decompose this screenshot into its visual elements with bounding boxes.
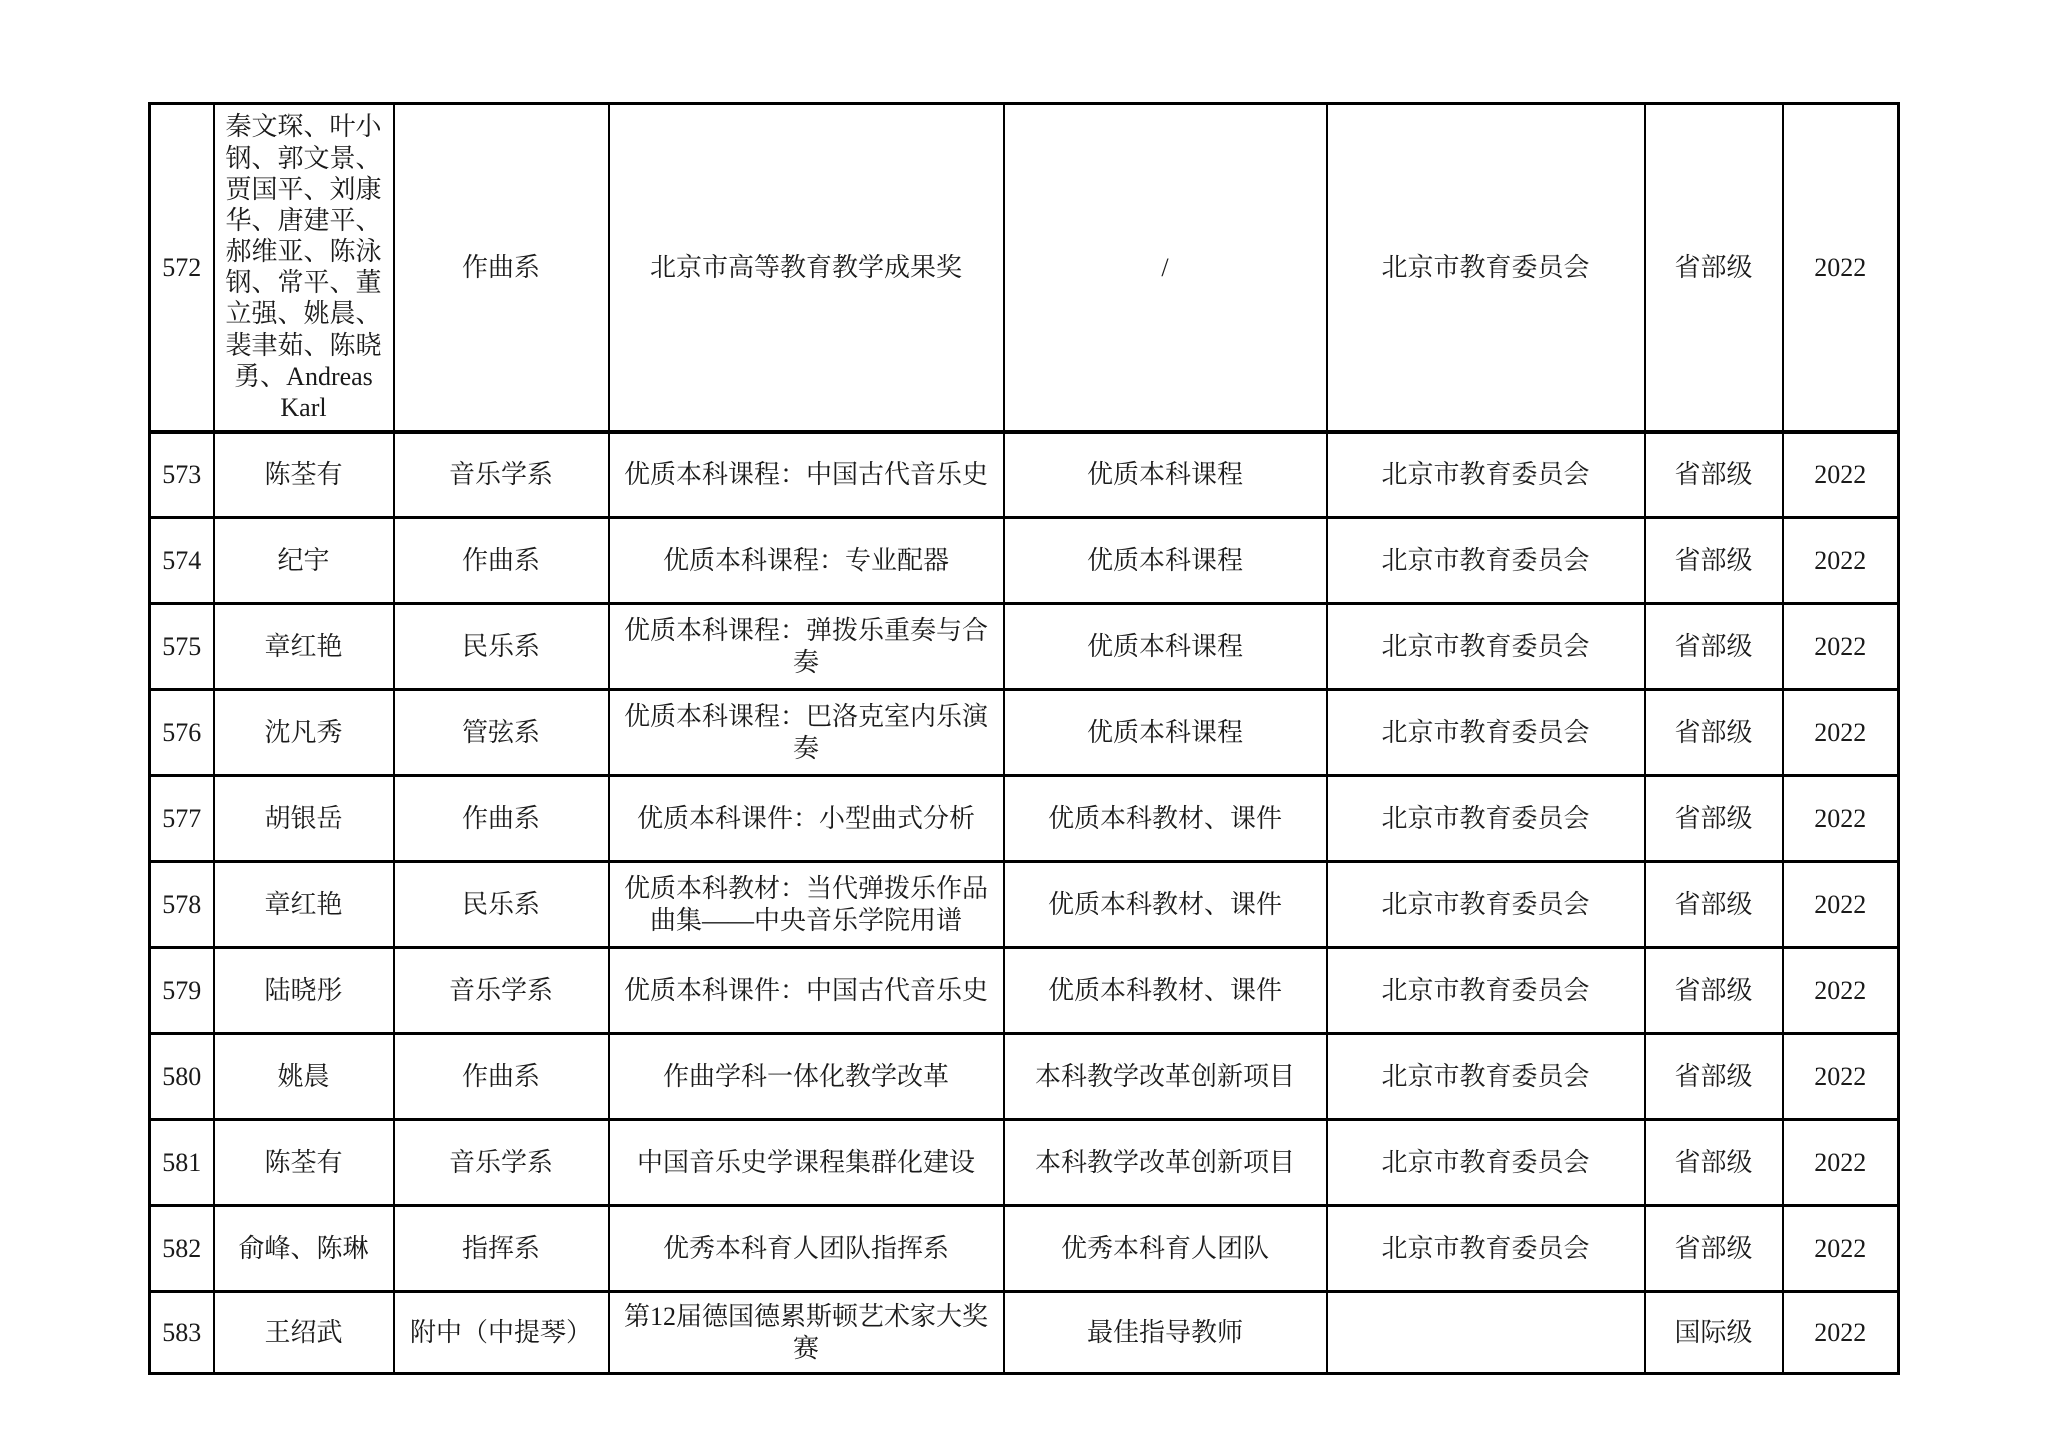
department-cell: 作曲系 <box>394 518 609 604</box>
award-category-cell: 本科教学改革创新项目 <box>1004 1034 1327 1120</box>
award-level-cell: 省部级 <box>1645 432 1783 518</box>
award-level-cell: 省部级 <box>1645 604 1783 690</box>
award-year-cell: 2022 <box>1783 1120 1899 1206</box>
department-cell: 作曲系 <box>394 776 609 862</box>
award-category-cell: 优质本科教材、课件 <box>1004 776 1327 862</box>
row-number-cell: 573 <box>150 432 214 518</box>
award-year-cell: 2022 <box>1783 776 1899 862</box>
department-cell: 民乐系 <box>394 604 609 690</box>
table-row: 573 陈荃有 音乐学系 优质本科课程：中国古代音乐史 优质本科课程 北京市教育… <box>150 432 1899 518</box>
department-cell: 附中（中提琴） <box>394 1292 609 1374</box>
awarding-org-cell <box>1327 1292 1645 1374</box>
award-category-cell: 优质本科课程 <box>1004 518 1327 604</box>
award-year-cell: 2022 <box>1783 104 1899 432</box>
award-category-cell: 优秀本科育人团队 <box>1004 1206 1327 1292</box>
award-name-cell: 作曲学科一体化教学改革 <box>609 1034 1004 1120</box>
row-number-cell: 572 <box>150 104 214 432</box>
row-number-cell: 579 <box>150 948 214 1034</box>
awardee-names-cell: 纪宇 <box>214 518 394 604</box>
row-number-cell: 574 <box>150 518 214 604</box>
award-year-cell: 2022 <box>1783 432 1899 518</box>
award-name-cell: 第12届德国德累斯顿艺术家大奖赛 <box>609 1292 1004 1374</box>
awarding-org-cell: 北京市教育委员会 <box>1327 948 1645 1034</box>
row-number-cell: 580 <box>150 1034 214 1120</box>
awarding-org-cell: 北京市教育委员会 <box>1327 432 1645 518</box>
award-year-cell: 2022 <box>1783 1206 1899 1292</box>
award-level-cell: 省部级 <box>1645 1120 1783 1206</box>
award-name-cell: 优质本科课件：中国古代音乐史 <box>609 948 1004 1034</box>
award-category-cell: 优质本科教材、课件 <box>1004 862 1327 948</box>
award-category-cell: 优质本科课程 <box>1004 690 1327 776</box>
awarding-org-cell: 北京市教育委员会 <box>1327 1034 1645 1120</box>
awarding-org-cell: 北京市教育委员会 <box>1327 862 1645 948</box>
award-category-cell: 优质本科课程 <box>1004 604 1327 690</box>
table-row: 582 俞峰、陈琳 指挥系 优秀本科育人团队指挥系 优秀本科育人团队 北京市教育… <box>150 1206 1899 1292</box>
row-number-cell: 576 <box>150 690 214 776</box>
department-cell: 音乐学系 <box>394 1120 609 1206</box>
award-name-cell: 优质本科课程：巴洛克室内乐演奏 <box>609 690 1004 776</box>
award-level-cell: 省部级 <box>1645 1034 1783 1120</box>
award-level-cell: 省部级 <box>1645 862 1783 948</box>
awardee-names-cell: 胡银岳 <box>214 776 394 862</box>
table-row: 578 章红艳 民乐系 优质本科教材：当代弹拨乐作品曲集——中央音乐学院用谱 优… <box>150 862 1899 948</box>
award-level-cell: 省部级 <box>1645 1206 1783 1292</box>
award-level-cell: 国际级 <box>1645 1292 1783 1374</box>
award-year-cell: 2022 <box>1783 948 1899 1034</box>
award-level-cell: 省部级 <box>1645 690 1783 776</box>
table-row: 574 纪宇 作曲系 优质本科课程：专业配器 优质本科课程 北京市教育委员会 省… <box>150 518 1899 604</box>
award-year-cell: 2022 <box>1783 862 1899 948</box>
awarding-org-cell: 北京市教育委员会 <box>1327 518 1645 604</box>
department-cell: 管弦系 <box>394 690 609 776</box>
award-year-cell: 2022 <box>1783 604 1899 690</box>
award-category-cell: 本科教学改革创新项目 <box>1004 1120 1327 1206</box>
row-number-cell: 578 <box>150 862 214 948</box>
award-category-cell: 优质本科课程 <box>1004 432 1327 518</box>
awarding-org-cell: 北京市教育委员会 <box>1327 776 1645 862</box>
award-name-cell: 优质本科课程：弹拨乐重奏与合奏 <box>609 604 1004 690</box>
row-number-cell: 582 <box>150 1206 214 1292</box>
award-level-cell: 省部级 <box>1645 518 1783 604</box>
award-category-cell: 优质本科教材、课件 <box>1004 948 1327 1034</box>
department-cell: 作曲系 <box>394 1034 609 1120</box>
awardee-names-cell: 章红艳 <box>214 862 394 948</box>
department-cell: 音乐学系 <box>394 432 609 518</box>
table-row: 579 陆晓彤 音乐学系 优质本科课件：中国古代音乐史 优质本科教材、课件 北京… <box>150 948 1899 1034</box>
awarding-org-cell: 北京市教育委员会 <box>1327 690 1645 776</box>
row-number-cell: 577 <box>150 776 214 862</box>
table-row: 580 姚晨 作曲系 作曲学科一体化教学改革 本科教学改革创新项目 北京市教育委… <box>150 1034 1899 1120</box>
table-row: 576 沈凡秀 管弦系 优质本科课程：巴洛克室内乐演奏 优质本科课程 北京市教育… <box>150 690 1899 776</box>
award-name-cell: 优秀本科育人团队指挥系 <box>609 1206 1004 1292</box>
award-level-cell: 省部级 <box>1645 948 1783 1034</box>
award-level-cell: 省部级 <box>1645 776 1783 862</box>
awardee-names-cell: 陈荃有 <box>214 1120 394 1206</box>
award-name-cell: 优质本科课程：专业配器 <box>609 518 1004 604</box>
department-cell: 民乐系 <box>394 862 609 948</box>
award-year-cell: 2022 <box>1783 1034 1899 1120</box>
document-page: 572 秦文琛、叶小钢、郭文景、贾国平、刘康华、唐建平、郝维亚、陈泳钢、常平、董… <box>0 0 2048 1449</box>
table-row: 581 陈荃有 音乐学系 中国音乐史学课程集群化建设 本科教学改革创新项目 北京… <box>150 1120 1899 1206</box>
department-cell: 音乐学系 <box>394 948 609 1034</box>
row-number-cell: 575 <box>150 604 214 690</box>
awardee-names-cell: 姚晨 <box>214 1034 394 1120</box>
awarding-org-cell: 北京市教育委员会 <box>1327 104 1645 432</box>
award-name-cell: 优质本科课件：小型曲式分析 <box>609 776 1004 862</box>
award-name-cell: 中国音乐史学课程集群化建设 <box>609 1120 1004 1206</box>
table-row: 572 秦文琛、叶小钢、郭文景、贾国平、刘康华、唐建平、郝维亚、陈泳钢、常平、董… <box>150 104 1899 432</box>
award-name-cell: 北京市高等教育教学成果奖 <box>609 104 1004 432</box>
award-category-cell: 最佳指导教师 <box>1004 1292 1327 1374</box>
department-cell: 指挥系 <box>394 1206 609 1292</box>
awardee-names-cell: 陆晓彤 <box>214 948 394 1034</box>
awardee-names-cell: 俞峰、陈琳 <box>214 1206 394 1292</box>
award-year-cell: 2022 <box>1783 518 1899 604</box>
row-number-cell: 581 <box>150 1120 214 1206</box>
award-name-cell: 优质本科课程：中国古代音乐史 <box>609 432 1004 518</box>
awardee-names-cell: 秦文琛、叶小钢、郭文景、贾国平、刘康华、唐建平、郝维亚、陈泳钢、常平、董立强、姚… <box>214 104 394 432</box>
awardee-names-cell: 王绍武 <box>214 1292 394 1374</box>
award-level-cell: 省部级 <box>1645 104 1783 432</box>
table-row: 577 胡银岳 作曲系 优质本科课件：小型曲式分析 优质本科教材、课件 北京市教… <box>150 776 1899 862</box>
awarding-org-cell: 北京市教育委员会 <box>1327 604 1645 690</box>
awardee-names-cell: 沈凡秀 <box>214 690 394 776</box>
department-cell: 作曲系 <box>394 104 609 432</box>
award-category-cell: / <box>1004 104 1327 432</box>
table-row: 583 王绍武 附中（中提琴） 第12届德国德累斯顿艺术家大奖赛 最佳指导教师 … <box>150 1292 1899 1374</box>
awarding-org-cell: 北京市教育委员会 <box>1327 1206 1645 1292</box>
awarding-org-cell: 北京市教育委员会 <box>1327 1120 1645 1206</box>
awardee-names-cell: 陈荃有 <box>214 432 394 518</box>
award-year-cell: 2022 <box>1783 1292 1899 1374</box>
awards-table: 572 秦文琛、叶小钢、郭文景、贾国平、刘康华、唐建平、郝维亚、陈泳钢、常平、董… <box>148 102 1900 1375</box>
award-year-cell: 2022 <box>1783 690 1899 776</box>
table-row: 575 章红艳 民乐系 优质本科课程：弹拨乐重奏与合奏 优质本科课程 北京市教育… <box>150 604 1899 690</box>
award-name-cell: 优质本科教材：当代弹拨乐作品曲集——中央音乐学院用谱 <box>609 862 1004 948</box>
awardee-names-cell: 章红艳 <box>214 604 394 690</box>
row-number-cell: 583 <box>150 1292 214 1374</box>
